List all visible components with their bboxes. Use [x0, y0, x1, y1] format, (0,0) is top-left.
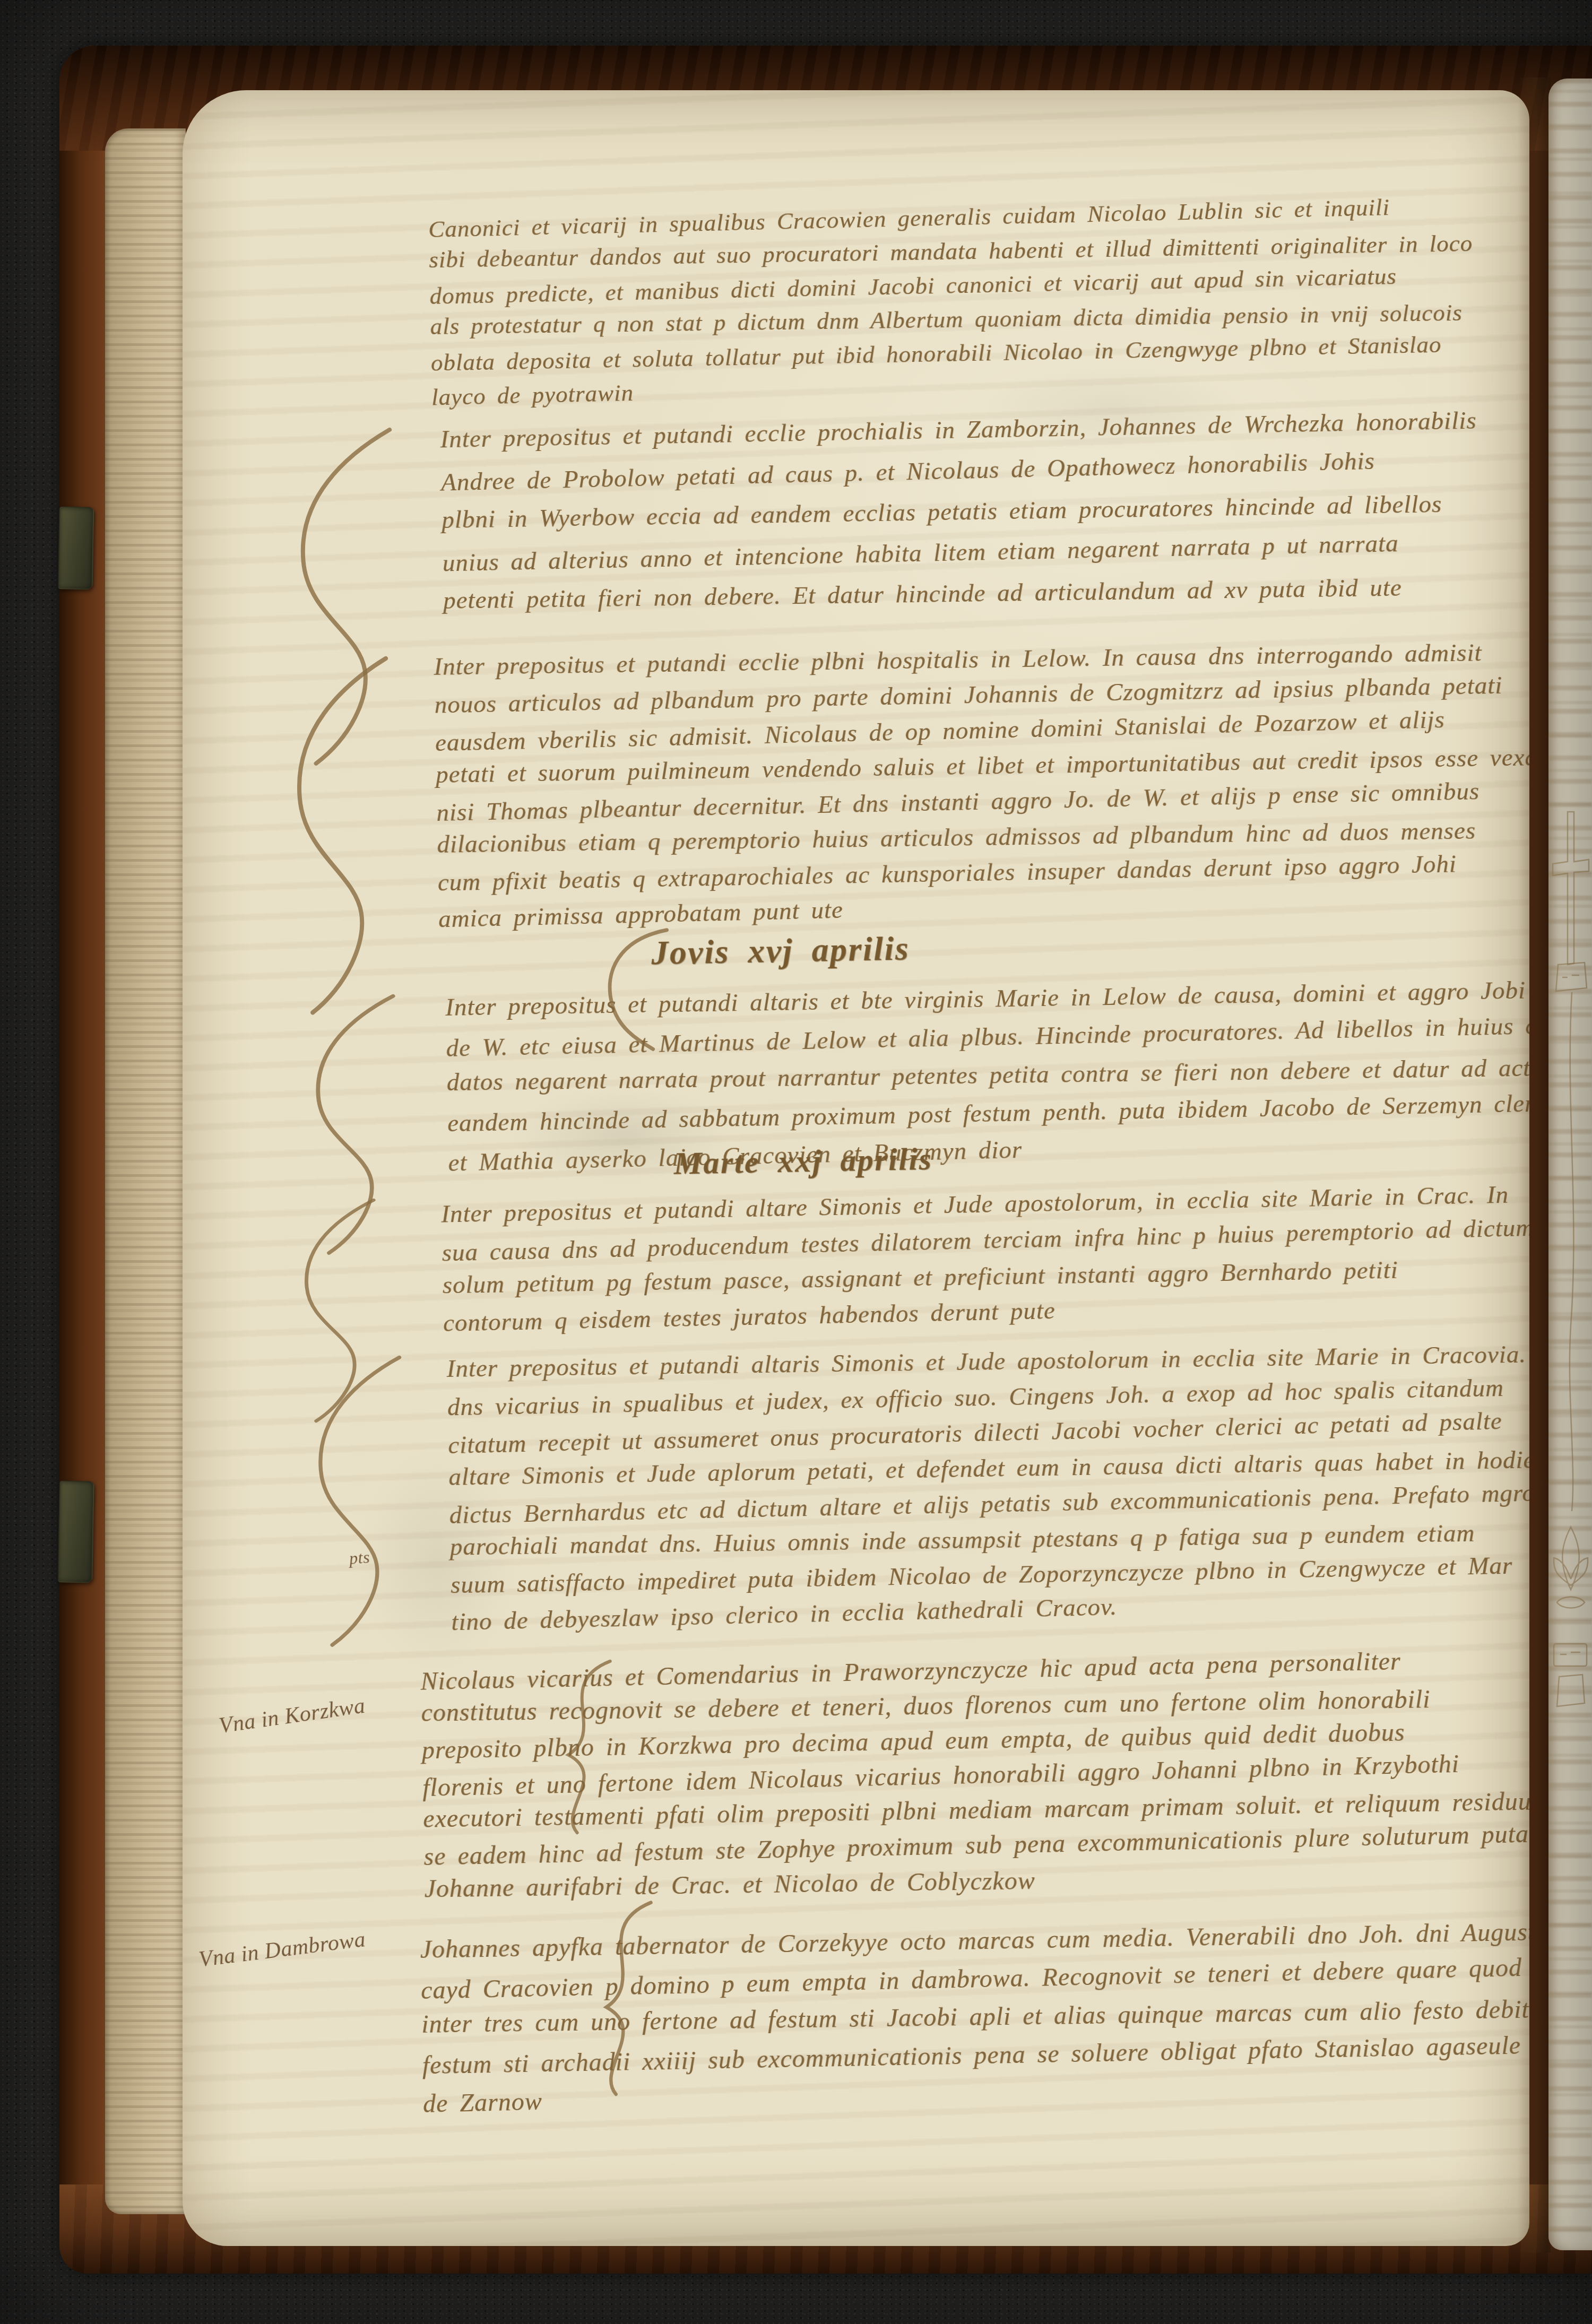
text-line: de Zarnow [422, 2087, 542, 2119]
text-line: Johanne aurifabri de Crac. et Nicolao de… [424, 1866, 1035, 1903]
manuscript-book: Canonici et vicarij in spualibus Cracowi… [59, 46, 1592, 2274]
cross-doodle [1550, 805, 1592, 1739]
fleur-de-lis-doodle [1554, 1527, 1588, 1590]
clasp-remnant-lower [57, 1480, 94, 1583]
pedestal-doodle [1554, 1644, 1587, 1666]
date-heading: Marte xxj aprilis [673, 1141, 933, 1182]
photo-backdrop: Canonici et vicarij in spualibus Cracowi… [0, 0, 1592, 2324]
text-line: tino de debyeszlaw ipso clerico in eccli… [451, 1592, 1118, 1636]
initial-flourish [281, 423, 404, 770]
text-line: Andree de Probolow petati ad caus p. et … [440, 447, 1375, 497]
handwritten-text-layer: Canonici et vicarij in spualibus Cracowi… [183, 90, 1529, 2246]
text-line: festum sti archadii xxiiij sub excommuni… [422, 2030, 1529, 2080]
initial-flourish [290, 1196, 384, 1426]
facing-page-sliver [1548, 79, 1592, 2250]
text-line: plbni in Wyerbow eccia ad eandem ecclias… [442, 490, 1442, 534]
initial-flourish [277, 652, 401, 1020]
clasp-remnant-upper [58, 506, 94, 589]
margin-note: Vna in Korzkwa [217, 1693, 367, 1739]
text-line: amica primissa approbatam punt ute [438, 896, 843, 934]
text-line: layco de pyotrawin [431, 379, 634, 411]
initial-flourish [299, 991, 405, 1258]
text-line: Inter prepositus et putandi ecclie proch… [440, 406, 1477, 454]
margin-note: Vna in Dambrowa [197, 1927, 367, 1972]
manuscript-page: Canonici et vicarij in spualibus Cracowi… [183, 90, 1529, 2246]
gutter-shadow [1518, 77, 1551, 2252]
text-line: eandem hincinde ad sabbatum proximum pos… [447, 1089, 1529, 1138]
initial-flourish [300, 1352, 412, 1651]
cross-on-base-doodle [1553, 812, 1589, 965]
text-line: petenti petita fieri non debere. Et datu… [443, 574, 1402, 615]
text-line: unius ad alterius anno et intencione hab… [442, 529, 1399, 577]
text-line: contorum q eisdem testes juratos habendo… [443, 1296, 1055, 1338]
date-heading: Jovis xvj aprilis [651, 929, 910, 973]
margin-note: pts [349, 1547, 370, 1568]
text-line: datos negarent narrata prout narrantur p… [446, 1053, 1529, 1097]
page-stack-deckle-edge [105, 128, 186, 2214]
